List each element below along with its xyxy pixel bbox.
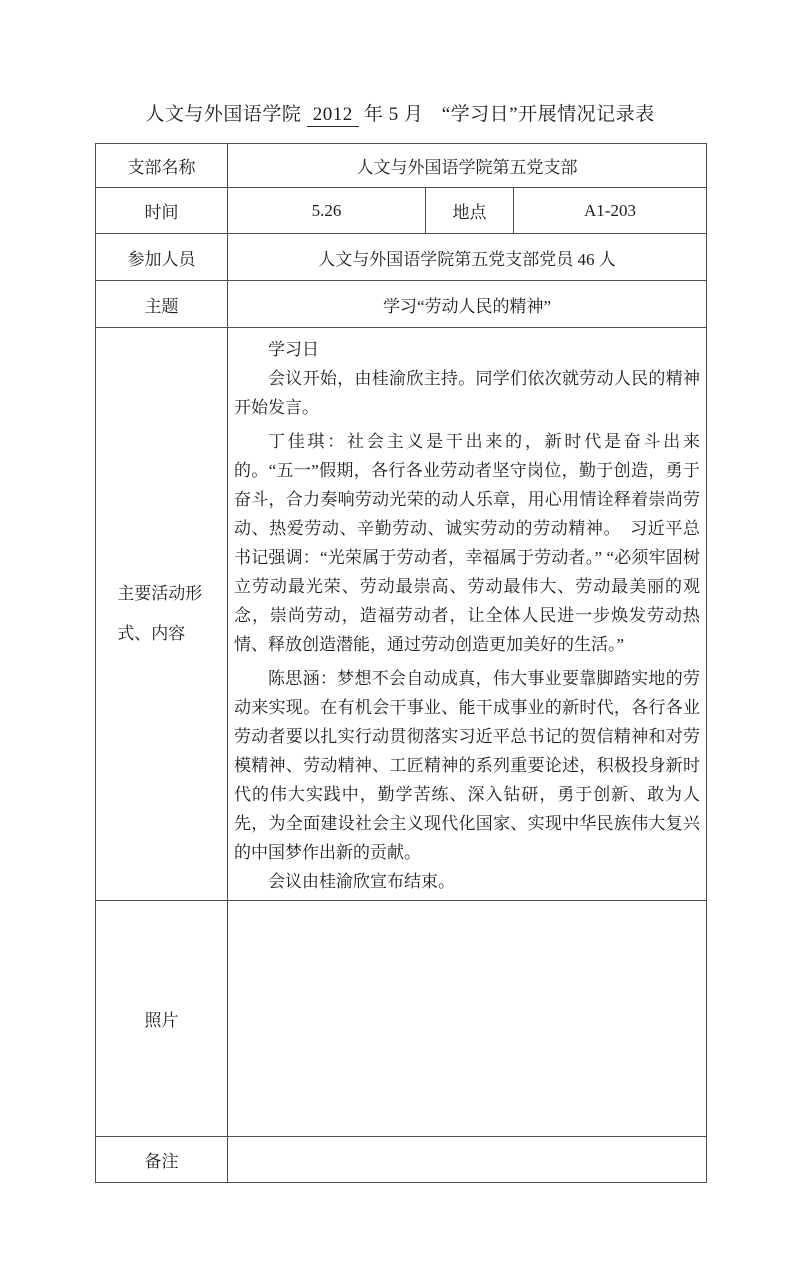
row-branch-name: 支部名称 人文与外国语学院第五党支部 [96,144,707,188]
activity-paragraph: 丁佳琪：社会主义是干出来的，新时代是奋斗出来的。“五一”假期，各行各业劳动者坚守… [234,427,700,659]
location-label: 地点 [426,188,514,234]
time-value: 5.26 [228,188,426,234]
record-table: 支部名称 人文与外国语学院第五党支部 时间 5.26 地点 A1-203 参加人… [95,143,707,1183]
topic-label: 主题 [96,281,228,328]
title-middle: 年 5 月 [364,104,424,125]
activity-content: 学习日 会议开始，由桂渝欣主持。同学们依次就劳动人民的精神开始发言。 丁佳琪：社… [228,328,707,901]
row-activity: 主要活动形式、内容 学习日 会议开始，由桂渝欣主持。同学们依次就劳动人民的精神开… [96,328,707,901]
document-page: 人文与外国语学院 2012 年 5 月 “学习日”开展情况记录表 支部名称 人文… [0,0,800,1284]
remarks-cell-empty [228,1137,707,1183]
branch-name-value: 人文与外国语学院第五党支部 [228,144,707,188]
branch-name-label: 支部名称 [96,144,228,188]
title-year-underlined: 2012 [307,104,359,127]
topic-value: 学习“劳动人民的精神” [228,281,707,328]
activity-label-cell: 主要活动形式、内容 [96,328,228,901]
participants-value: 人文与外国语学院第五党支部党员 46 人 [228,234,707,281]
title-suffix: “学习日”开展情况记录表 [442,104,655,125]
location-value: A1-203 [514,188,707,234]
photo-cell-empty [228,901,707,1137]
time-label: 时间 [96,188,228,234]
photo-label: 照片 [96,901,228,1137]
activity-paragraph: 学习日 [234,335,700,364]
row-participants: 参加人员 人文与外国语学院第五党支部党员 46 人 [96,234,707,281]
activity-label: 主要活动形式、内容 [117,574,205,654]
row-photo: 照片 [96,901,707,1137]
row-topic: 主题 学习“劳动人民的精神” [96,281,707,328]
document-title: 人文与外国语学院 2012 年 5 月 “学习日”开展情况记录表 [0,99,800,126]
title-prefix: 人文与外国语学院 [145,104,301,125]
activity-paragraph: 会议开始，由桂渝欣主持。同学们依次就劳动人民的精神开始发言。 [234,364,700,422]
activity-paragraph: 会议由桂渝欣宣布结束。 [234,867,700,896]
participants-label: 参加人员 [96,234,228,281]
remarks-label: 备注 [96,1137,228,1183]
activity-paragraph: 陈思涵：梦想不会自动成真，伟大事业要靠脚踏实地的劳动来实现。在有机会干事业、能干… [234,664,700,867]
row-remarks: 备注 [96,1137,707,1183]
row-time-location: 时间 5.26 地点 A1-203 [96,188,707,234]
